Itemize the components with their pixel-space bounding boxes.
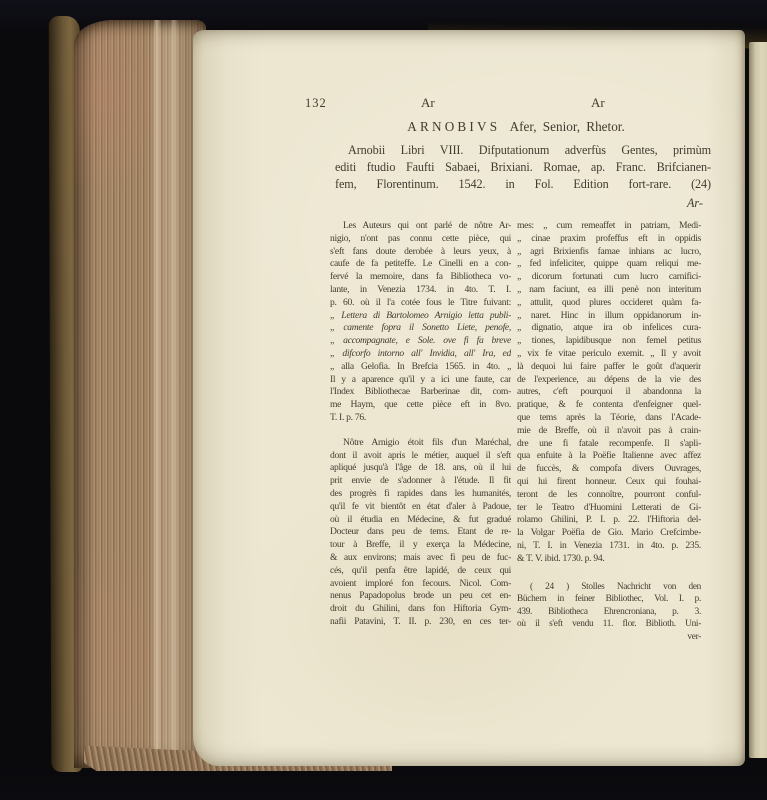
text-line: droit du Ghilini, dans fon Hiftoria Gym- [330,603,511,616]
entry-heading: ARNOBIVS Afer, Senior, Rhetor. [323,119,709,135]
text-line: „ agri Brixienfis famae inhians ac lucro… [517,246,701,259]
text-line: dre une fi fatale recompenfe. Il s'apli- [517,438,701,451]
text-line: dont il avoit apris le métier, auquel il… [330,450,511,463]
catchword: Ar- [335,196,703,211]
text-line: T. I. p. 76. [330,412,511,425]
text-line: prit envie de s'adonner à l'étude. Il fi… [330,475,511,488]
text-line: Nôtre Arnigio étoit fils d'un Maréchal, [330,437,511,450]
text-line: mie de Breffe, où il n'avoit pas à crain… [517,425,701,438]
text-line: & T. V. ibid. 1730. p. 94. [517,553,701,566]
text-line: de l'experience, au dépens de la vie des [517,374,701,387]
text-line: me Haym, que cette pièce eft in 8vo. [330,399,511,412]
text-line: nigio, n'ont pas connu cette pièce, qui [330,233,511,246]
book-photo: 132 Ar Ar ARNOBIVS Afer, Senior, Rhetor.… [0,0,767,800]
entry-heading-name: ARNOBIVS [407,119,500,134]
text-line: s'eft fans doute derobée à leurs yeux, à [330,246,511,259]
text-line: Il y a aparence qu'il y a ici une faute,… [330,374,511,387]
text-line: la Volgar Poëfia de Gio. Mario Crefcimbe… [517,527,701,540]
text-line: „ alla Gelofia. In Brefcia 1565. in 4to.… [330,361,511,374]
text-line: cés, qu'il penfa être lapidé, de ceux qu… [330,565,511,578]
text-line: ver- [517,631,701,643]
text-line: Arnobii Libri VIII. Difputationum adverf… [335,142,711,159]
page-block-fore-edge [74,20,206,768]
text-line: nafii Patavini, T. II. p. 230, en ces te… [330,616,511,629]
text-line: teront de les connoître, pourront conful… [517,489,701,502]
entry-heading-epithets: Afer, Senior, Rhetor. [510,119,625,134]
text-line: caufe de fa petiteffe. Le Cinelli en a c… [330,258,511,271]
text-line: qu'il fe vit bientôt en état d'aler à Pa… [330,501,511,514]
bibliographic-citation: Arnobii Libri VIII. Difputationum adverf… [335,142,711,193]
text-line: „ attulit, quod plures occideret quàm fa… [517,297,701,310]
running-head-left: Ar [421,95,435,111]
text-line: „ cinae praxim profeffus eft in oppidis [517,233,701,246]
text-line: 439. Bibliotheca Ehrencroniana, p. 3. [517,606,701,618]
text-line: où il s'eft vendu 11. flor. Biblioth. Un… [517,618,701,630]
text-line: & aux environs; mais avec fi peu de fuc- [330,552,511,565]
text-line: mes: „ cum remeaffet in patriam, Medi- [517,220,701,233]
text-line: ( 24 ) Stolles Nachricht von den [517,581,701,593]
text-line: „ naret. Hinc in illum oppidanorum in- [517,310,701,323]
text-line: „ nam faciunt, ea illi penè non interitu… [517,284,701,297]
page-number: 132 [305,96,327,111]
text-line: rolamo Ghilini, P. I. p. 22. l'Hiftoria … [517,514,701,527]
text-line: que tems après la Téorie, dans l'Acade- [517,412,701,425]
book-page: 132 Ar Ar ARNOBIVS Afer, Senior, Rhetor.… [193,30,745,766]
text-line: fem, Florentinum. 1542. in Fol. Edition … [335,176,711,193]
text-line: „ tiones, lapidibusque non femel petitus [517,335,701,348]
text-line: „ vix fe vitae periculo exemit. „ Il y a… [517,348,701,361]
text-line: apliqué jusqu'à l'âge de 18. ans, où il … [330,462,511,475]
text-line: lante, in Venezia 1734. in 4to. T. I. [330,284,511,297]
text-line: editi ftudio Faufti Sabaei, Brixiani. Ro… [335,159,711,176]
text-line: „ Lettera di Bartolomeo Arnigio letta pu… [330,310,511,323]
text-line: „ camente fopra il Sonetto Liete, penofe… [330,322,511,335]
text-line: des progrès fi rapides dans les humanité… [330,488,511,501]
text-column-left: Les Auteurs qui ont parlé de nôtre Ar-ni… [330,220,511,629]
text-line: „ fed infeliciter, quippe quam reliqui m… [517,258,701,271]
text-line: Les Auteurs qui ont parlé de nôtre Ar- [330,220,511,233]
footnote-block: ( 24 ) Stolles Nachricht von denBüchern … [517,581,701,643]
text-line: là dequoi lui faire paffer le goût d'aqu… [517,361,701,374]
text-line: tour à Breffe, il y exerça la Médecine, [330,539,511,552]
text-line: avoient imploré fon fecours. Nicol. Com- [330,578,511,591]
text-line: pratique, & fe contenta d'enfeigner quel… [517,399,701,412]
text-line: autres, c'eft pourquoi il abandonna la [517,386,701,399]
text-line: fervé la memoire, dans fa Bibliotheca vo… [330,271,511,284]
text-line: où il étudia en Médecine, & fut gradué [330,514,511,527]
text-line: Docteur dans peu de tems. Etant de re- [330,526,511,539]
text-column-right: mes: „ cum remeaffet in patriam, Medi-„ … [517,220,701,566]
text-line: Büchern in feiner Bibliothec, Vol. I. p. [517,593,701,605]
text-line: „ difcorfo intorno all' Invidia, all' Ir… [330,348,511,361]
text-line: ter le Teatro d'Huomini Letterati de Gi- [517,502,701,515]
text-line: ni, T. I. in Venezia 1731. in 4to. p. 23… [517,540,701,553]
text-line: „ dicorum fortunati cum lucro carnifici- [517,271,701,284]
text-line: qui lui firent honneur. Ceux qui fouhai- [517,476,701,489]
text-line: l'Index Bibliothecae Barberinae dit, com… [330,386,511,399]
facing-page-sliver [749,42,767,758]
text-line: de fuccès, & compofa divers Ouvrages, [517,463,701,476]
text-line: p. 60. où il l'a cotée fous le Titre fui… [330,297,511,310]
text-line: qua enfuite à la Poëfie Italienne avec a… [517,450,701,463]
text-line: „ accompagnate, e Sole. ove fi fa breve [330,335,511,348]
running-head-right: Ar [591,95,605,111]
paragraph-gap [330,425,511,437]
text-line: nenus Papadopolus brode un peu cet en- [330,590,511,603]
text-line: „ dignatio, atque ira ob infelices cura- [517,322,701,335]
